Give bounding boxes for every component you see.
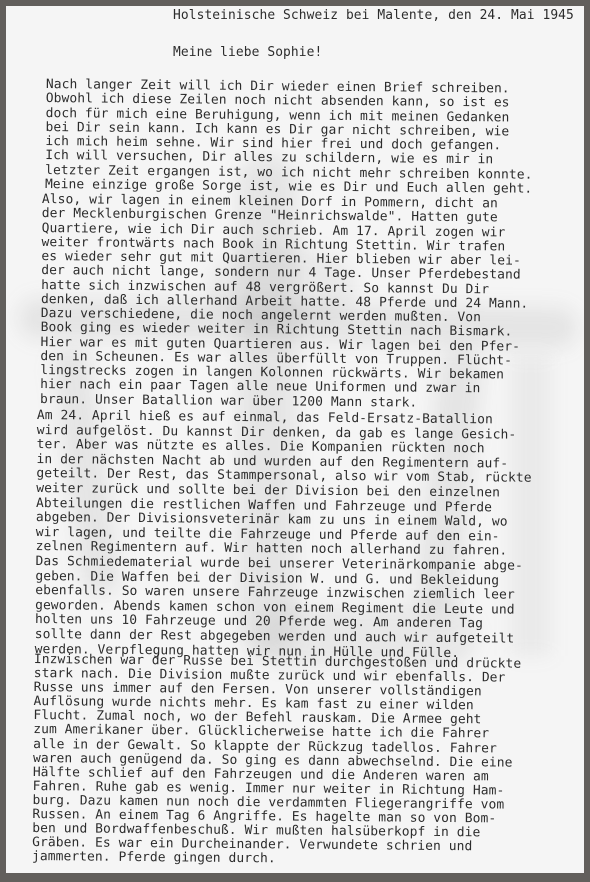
letter-greeting: Meine liebe Sophie! bbox=[173, 46, 322, 60]
paragraph-4: Inzwischen war der Russe bei Stettin dur… bbox=[32, 653, 521, 869]
letter-page: Holsteinische Schweiz bei Malente, den 2… bbox=[6, 6, 584, 873]
scan-frame: Holsteinische Schweiz bei Malente, den 2… bbox=[0, 0, 590, 882]
paragraph-1: Nach langer Zeit will ich Dir wieder ein… bbox=[45, 78, 533, 197]
paragraph-3: Am 24. April hieß es auf einmal, das Fel… bbox=[35, 409, 533, 662]
letter-heading: Holsteinische Schweiz bei Malente, den 2… bbox=[173, 9, 574, 23]
paragraph-2: Also, wir lagen in einem kleinen Dorf in… bbox=[40, 193, 529, 411]
